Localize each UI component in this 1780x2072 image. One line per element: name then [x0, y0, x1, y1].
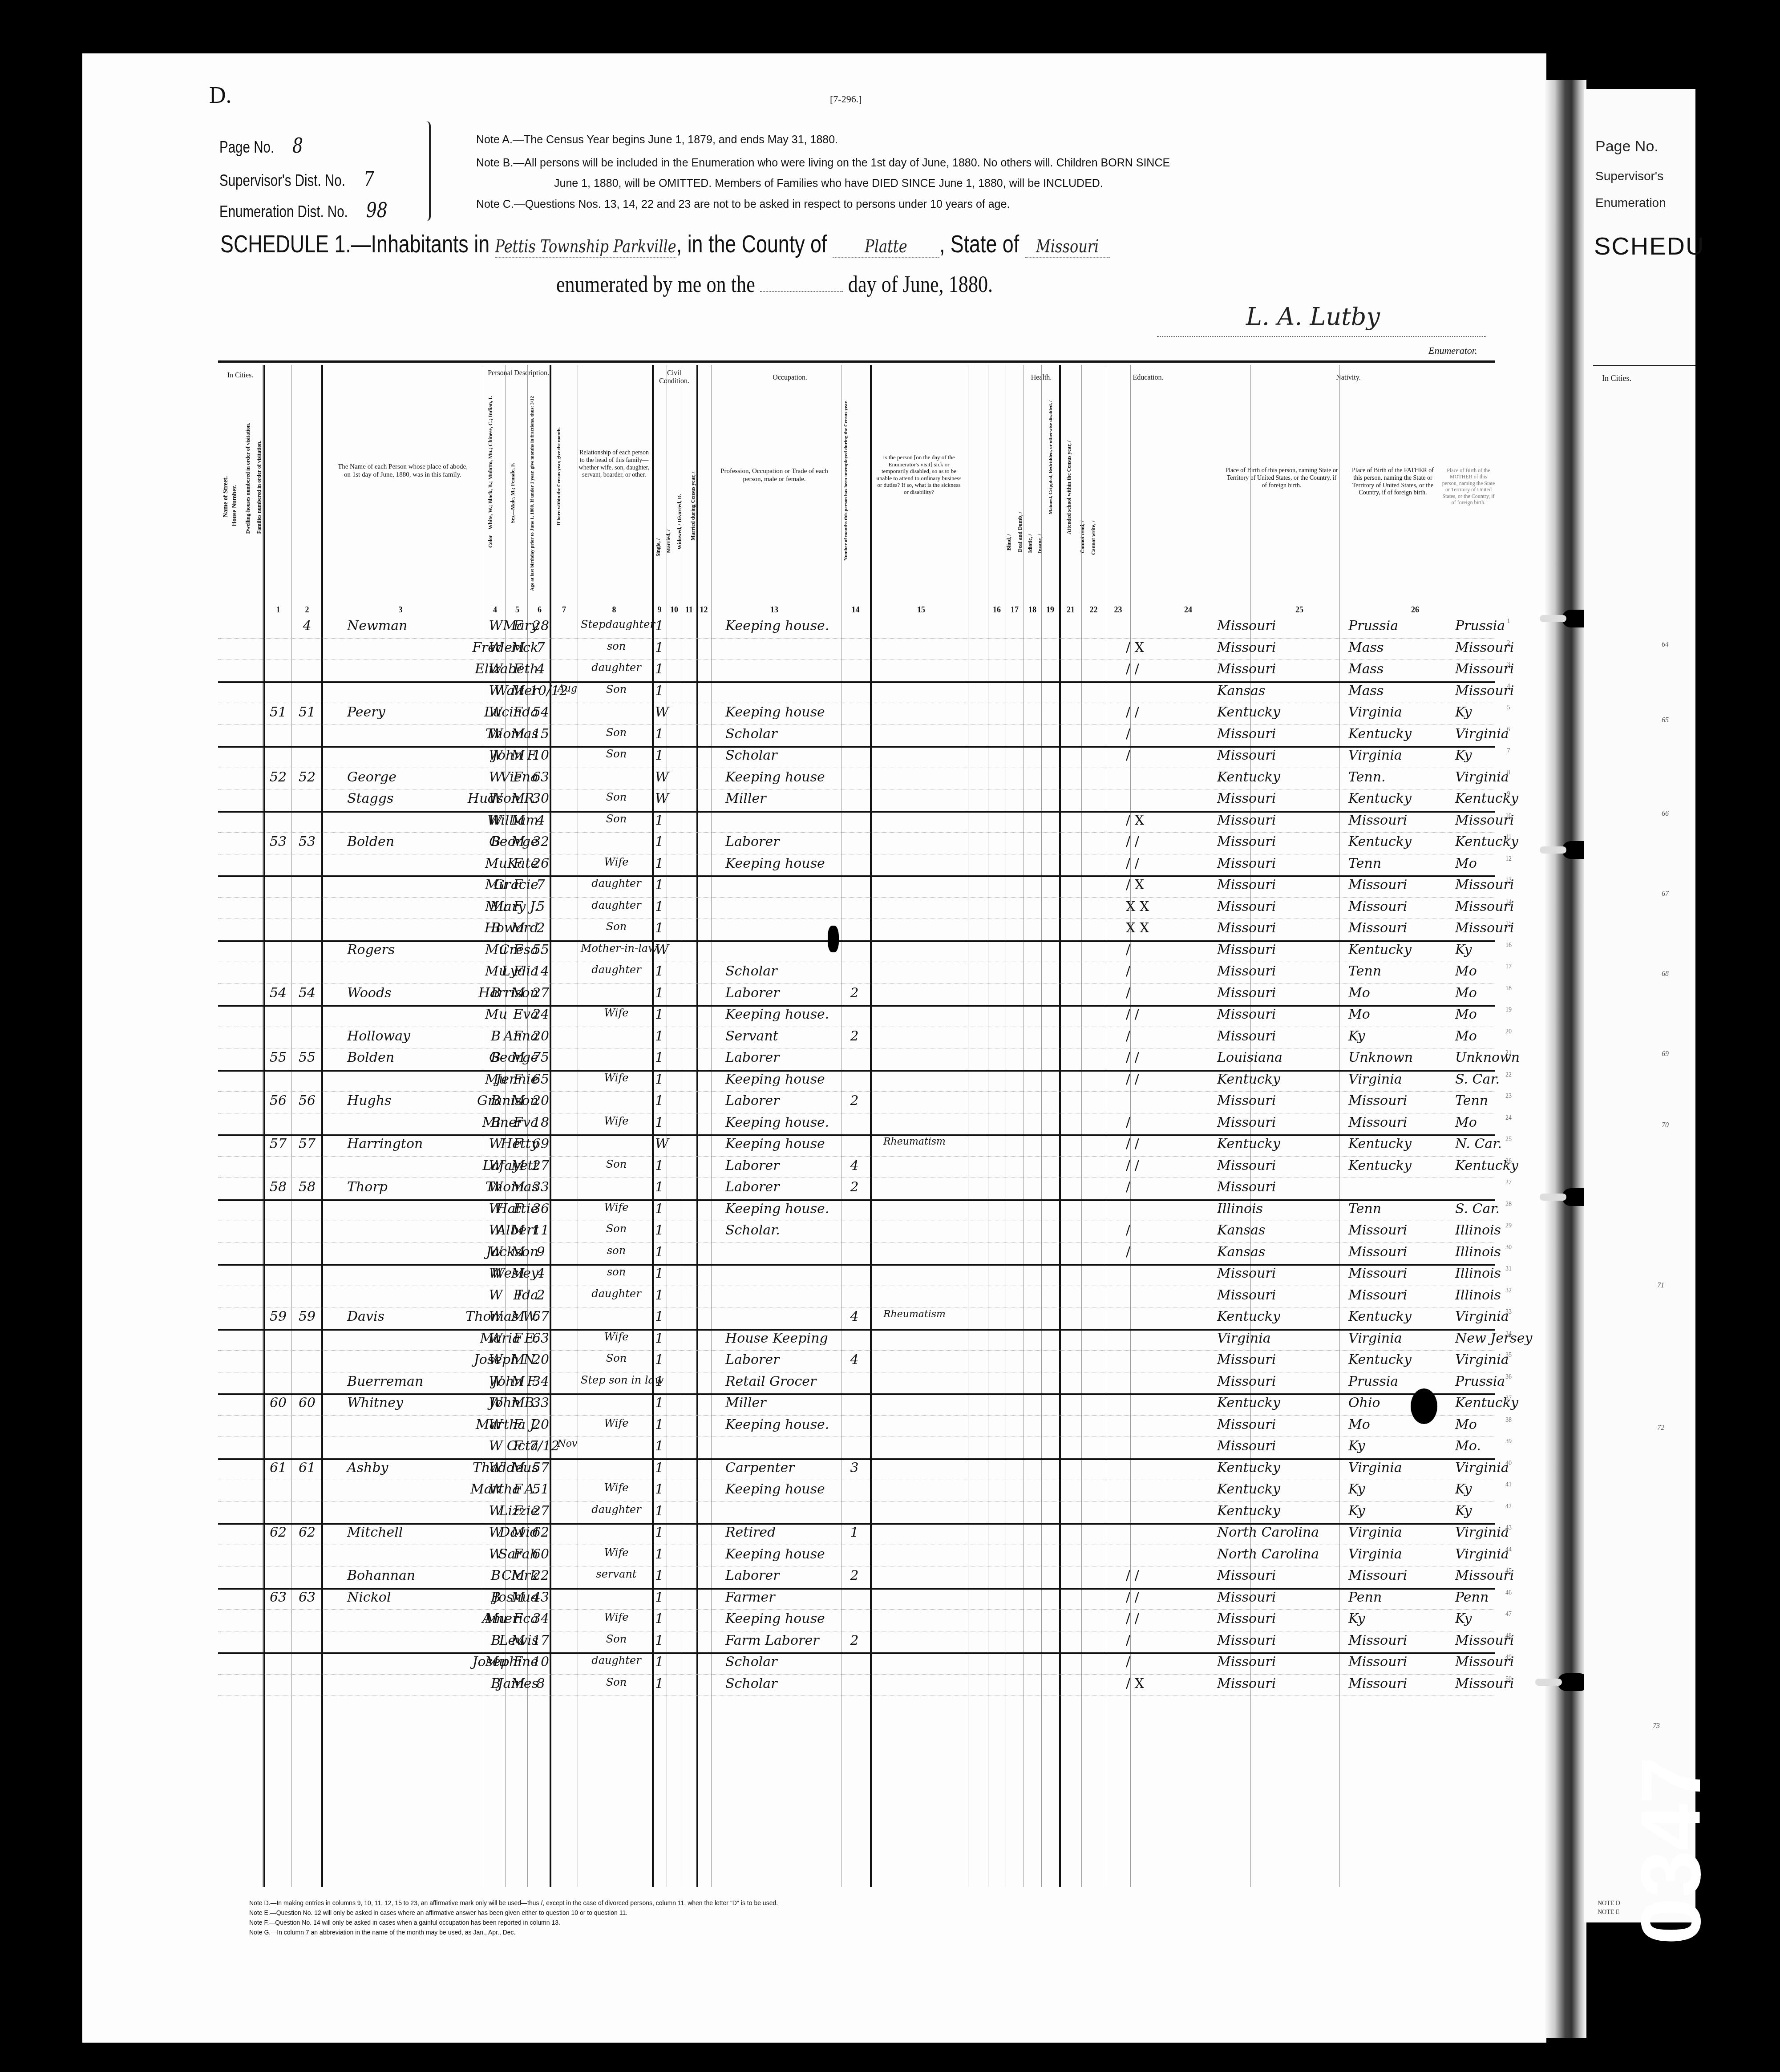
line-number: 48 — [1500, 1633, 1517, 1640]
birthplace: Kansas — [1217, 1244, 1265, 1260]
civil-condition: 1 — [655, 1287, 700, 1303]
mother-birthplace: Ky — [1455, 748, 1472, 763]
civil-condition: 1 — [655, 1222, 700, 1238]
color: B — [485, 1633, 506, 1648]
father-birthplace: Kentucky — [1348, 1158, 1412, 1174]
occupation: Laborer — [725, 1050, 780, 1065]
birthplace: Missouri — [1217, 661, 1276, 677]
birthplace: Missouri — [1217, 856, 1276, 871]
occupation: Scholar — [725, 726, 777, 742]
father-birthplace: Virginia — [1348, 1331, 1402, 1346]
birthplace: Missouri — [1217, 1568, 1276, 1583]
education-marks: / / — [1126, 1590, 1197, 1605]
sex: M — [507, 1266, 529, 1281]
table-row: HattieWF36Wife1Keeping house.IllinoisTen… — [218, 1199, 1495, 1222]
education-marks: / — [1126, 1222, 1197, 1238]
birthplace: Missouri — [1217, 1287, 1276, 1303]
father-birthplace: Missouri — [1348, 813, 1407, 828]
civil-condition: 1 — [655, 1309, 700, 1324]
sex: M — [507, 1309, 529, 1324]
occupation: Scholar — [725, 963, 777, 979]
color: W — [485, 748, 506, 763]
civil-condition: 1 — [655, 1546, 700, 1562]
relationship: Son — [581, 1676, 652, 1688]
age: 57 — [530, 1460, 552, 1476]
family-number: 61 — [294, 1460, 320, 1476]
months-unemployed: 4 — [841, 1158, 868, 1174]
table-row: 5555BoldenGeorgeBM751Laborer/ /Louisiana… — [218, 1048, 1495, 1072]
civil-condition: 1 — [655, 1676, 700, 1692]
table-row: 6161AshbyThaddeusWM571Carpenter3Kentucky… — [218, 1458, 1495, 1481]
color: W — [485, 1481, 506, 1497]
surname: Hughs — [347, 1093, 391, 1109]
mother-birthplace: New Jersey — [1455, 1331, 1532, 1346]
birthplace: Missouri — [1217, 813, 1276, 828]
header-idiotic: Idiotic, / — [1027, 534, 1034, 553]
enumeration-day-blank — [760, 291, 843, 292]
sex: F — [507, 1481, 529, 1497]
sex: F — [507, 1611, 529, 1627]
relationship: daughter — [581, 1287, 652, 1300]
birthplace: Virginia — [1217, 1331, 1271, 1346]
line-number: 20 — [1500, 1028, 1517, 1036]
father-birthplace: Kentucky — [1348, 726, 1412, 742]
age: 22 — [530, 1568, 552, 1583]
civil-condition: 1 — [655, 1654, 700, 1670]
months-unemployed: 2 — [841, 1568, 868, 1583]
form-number: [7-296.] — [830, 93, 862, 105]
table-row: WalterWM10/12AugSon1KansasMassMissouri4 — [218, 681, 1495, 704]
age: 7 — [530, 877, 552, 893]
line-number: 6 — [1500, 726, 1517, 733]
header-cannot-read: Cannot read, / — [1079, 521, 1086, 553]
color: W — [485, 1287, 506, 1303]
signature-line — [1157, 336, 1486, 337]
header-street: Name of Street. — [222, 476, 230, 518]
table-row: EvaMuF24Wife1Keeping house./ /MissouriMo… — [218, 1005, 1495, 1027]
birthplace: Missouri — [1217, 1633, 1276, 1648]
relationship: Son — [581, 813, 652, 825]
education-marks: / — [1126, 1633, 1197, 1648]
line-number: 10 — [1500, 813, 1517, 820]
age: 18 — [530, 1115, 552, 1130]
relationship: Wife — [581, 1481, 652, 1494]
sex: F — [507, 661, 529, 677]
note-f: Note F.—Question No. 14 will only be ask… — [249, 1918, 778, 1927]
education-marks: X X — [1126, 920, 1197, 936]
mother-birthplace: S. Car. — [1455, 1201, 1500, 1217]
column-number: 21 — [1060, 605, 1081, 615]
sex: F — [507, 1201, 529, 1217]
mother-birthplace: Mo — [1455, 856, 1477, 871]
education-marks: / X — [1126, 877, 1197, 893]
civil-condition: 1 — [655, 1007, 700, 1022]
adjacent-note-label: NOTE E — [1598, 1909, 1619, 1916]
sex: M — [507, 1633, 529, 1648]
margin-number: 65 — [1651, 716, 1669, 724]
table-row: JennieMuF65Wife1Keeping house/ /Kentucky… — [218, 1070, 1495, 1092]
color: W — [485, 1395, 506, 1411]
margin-number: 71 — [1646, 1282, 1664, 1290]
sex: M — [507, 920, 529, 936]
supervisor-district-label: Supervisor's Dist. No. — [219, 171, 345, 190]
line-number: 31 — [1500, 1266, 1517, 1273]
birthplace: Missouri — [1217, 1179, 1276, 1195]
table-row: RogersCresaMuF55Mother-in-lawW/MissouriK… — [218, 940, 1495, 963]
birthplace: Missouri — [1217, 1028, 1276, 1044]
civil-condition: 1 — [655, 748, 700, 763]
occupation: Laborer — [725, 1179, 780, 1195]
dwelling-number: 57 — [265, 1136, 291, 1152]
margin-number: 68 — [1651, 970, 1669, 978]
table-row: AmericaMuF34Wife1Keeping house/ /Missour… — [218, 1609, 1495, 1631]
age: 32 — [530, 834, 552, 850]
table-row: BuerremanJohn F.WM34Step son in law1Reta… — [218, 1372, 1495, 1396]
line-number: 42 — [1500, 1503, 1517, 1510]
education-marks: X X — [1126, 899, 1197, 915]
table-top-rule — [218, 360, 1495, 363]
father-birthplace: Missouri — [1348, 920, 1407, 936]
adjacent-schedule-label: SCHEDU — [1594, 231, 1704, 260]
civil-condition: 1 — [655, 726, 700, 742]
father-birthplace: Tenn. — [1348, 769, 1386, 785]
family-number: 60 — [294, 1395, 320, 1411]
state-label: , State of — [939, 230, 1019, 258]
surname: Newman — [347, 618, 407, 634]
education-marks: / X — [1126, 813, 1197, 828]
birthplace: Kentucky — [1217, 1136, 1280, 1152]
education-marks: / — [1126, 748, 1197, 763]
mother-birthplace: Prussia — [1455, 1374, 1505, 1389]
column-number: 1 — [265, 605, 291, 615]
dwelling-number: 54 — [265, 985, 291, 1001]
age: 2 — [530, 1287, 552, 1303]
sex: F — [507, 877, 529, 893]
table-row: KateMuF26Wife1Keeping house/ /MissouriTe… — [218, 854, 1495, 878]
father-birthplace: Mo — [1348, 1417, 1370, 1433]
ink-blot — [828, 926, 839, 952]
education-marks: / / — [1126, 1158, 1197, 1174]
header-family: Families numbered in order of visitation… — [256, 441, 263, 534]
adjacent-table-rule — [1593, 365, 1695, 366]
color: Mu — [485, 1654, 506, 1670]
relationship: Wife — [581, 1546, 652, 1559]
table-row: 6363NickolJoshuaBM431Farmer/ /MissouriPe… — [218, 1588, 1495, 1610]
dwelling-number: 63 — [265, 1590, 291, 1605]
color: B — [485, 1028, 506, 1044]
relationship: Wife — [581, 1007, 652, 1019]
sex: F — [507, 1028, 529, 1044]
schedule-title: SCHEDULE 1.—Inhabitants in Pettis Townsh… — [220, 229, 1110, 258]
father-birthplace: Missouri — [1348, 1654, 1407, 1670]
age: 43 — [530, 1590, 552, 1605]
civil-condition: 1 — [655, 1633, 700, 1648]
age: 2 — [530, 920, 552, 936]
header-single: Single, / — [655, 538, 662, 557]
age: 63 — [530, 1331, 552, 1346]
table-row: JacksonWM9son1/KansasMissouriIllinois30 — [218, 1242, 1495, 1266]
header-color: Color—White, W.; Black, B.; Mulatto, Mu.… — [487, 396, 494, 548]
age: 33 — [530, 1395, 552, 1411]
family-number: 57 — [294, 1136, 320, 1152]
color: W — [485, 726, 506, 742]
father-birthplace: Mass — [1348, 661, 1384, 677]
adjacent-supervisor-label: Supervisor's — [1595, 169, 1663, 183]
father-birthplace: Ky — [1348, 1028, 1365, 1044]
table-row: SarahWF60Wife1Keeping houseNorth Carolin… — [218, 1545, 1495, 1567]
father-birthplace: Mo — [1348, 1007, 1370, 1022]
line-number: 18 — [1500, 985, 1517, 992]
table-row: Joseph N.WM20Son1Laborer4MissouriKentuck… — [218, 1350, 1495, 1372]
age: 4 — [530, 1266, 552, 1281]
table-row: WesleyWM4son1MissouriMissouriIllinois31 — [218, 1264, 1495, 1286]
father-birthplace: Mass — [1348, 640, 1384, 656]
dwelling-number: 52 — [265, 769, 291, 785]
education-marks: / / — [1126, 661, 1197, 677]
column-number: 11 — [682, 605, 696, 615]
relationship: daughter — [581, 661, 652, 674]
age: 65 — [530, 1072, 552, 1087]
page-number-label: Page No. — [219, 138, 274, 156]
table-row: Mary J.MuF5daughter1X XMissouriMissouriM… — [218, 897, 1495, 919]
dwelling-number: 55 — [265, 1050, 291, 1065]
father-birthplace: Mo — [1348, 985, 1370, 1001]
age: 54 — [530, 704, 552, 720]
father-birthplace: Kentucky — [1348, 834, 1412, 850]
note-g: Note G.—In column 7 an abbreviation in t… — [249, 1927, 778, 1937]
sheet-letter: D. — [209, 82, 232, 109]
father-birthplace: Ohio — [1348, 1395, 1380, 1411]
header-maimed: Maimed, Crippled, Bedridden, or otherwis… — [1048, 401, 1053, 514]
occupation: Keeping house — [725, 769, 825, 785]
header-age: Age at last birthday prior to June 1, 18… — [530, 396, 535, 591]
birthplace: Kentucky — [1217, 1481, 1280, 1497]
civil-condition: 1 — [655, 1481, 700, 1497]
sex: F — [507, 856, 529, 871]
family-number: 52 — [294, 769, 320, 785]
age: 14 — [530, 963, 552, 979]
birthplace: Missouri — [1217, 1611, 1276, 1627]
months-unemployed: 2 — [841, 1179, 868, 1195]
line-number: 33 — [1500, 1309, 1517, 1316]
group-personal: Personal Description. — [485, 369, 552, 377]
father-birthplace: Ky — [1348, 1481, 1365, 1497]
civil-condition: 1 — [655, 877, 700, 893]
occupation: Laborer — [725, 985, 780, 1001]
father-birthplace: Virginia — [1348, 748, 1402, 763]
table-row: OctaWF7/12Nov1MissouriKyMo.39 — [218, 1437, 1495, 1460]
mother-birthplace: Mo — [1455, 985, 1477, 1001]
column-number: 12 — [696, 605, 711, 615]
age: 69 — [530, 1136, 552, 1152]
color: W — [485, 1244, 506, 1260]
relationship: daughter — [581, 877, 652, 890]
line-number: 43 — [1500, 1525, 1517, 1532]
birthplace: Missouri — [1217, 618, 1276, 634]
relationship: Wife — [581, 1611, 652, 1623]
birth-month: Aug — [554, 683, 581, 694]
sex: F — [507, 1546, 529, 1562]
months-unemployed: 2 — [841, 1633, 868, 1648]
occupation: Keeping house. — [725, 1007, 829, 1022]
relationship: Son — [581, 920, 652, 933]
civil-condition: W — [655, 791, 700, 806]
line-number: 34 — [1500, 1331, 1517, 1338]
line-number: 2 — [1500, 640, 1517, 647]
sex: M — [507, 813, 529, 828]
father-birthplace: Penn — [1348, 1590, 1382, 1605]
table-row: 5151PeeryLucindaWF54WKeeping house/ /Ken… — [218, 703, 1495, 725]
relationship: Son — [581, 726, 652, 739]
relationship: Son — [581, 1222, 652, 1235]
birthplace: Missouri — [1217, 791, 1276, 806]
table-row: 5959DavisThomas W.WM6714RheumatismKentuc… — [218, 1307, 1495, 1331]
enumeration-date-line: enumerated by me on the day of June, 188… — [556, 271, 993, 298]
age: 10 — [530, 748, 552, 763]
color: W — [485, 1201, 506, 1217]
margin-number: 69 — [1651, 1050, 1669, 1058]
education-marks: / — [1126, 963, 1197, 979]
father-birthplace: Missouri — [1348, 1633, 1407, 1648]
table-row: 5252GeorgeVienaWF63WKeeping houseKentuck… — [218, 768, 1495, 790]
education-marks: / / — [1126, 1007, 1197, 1022]
age: 27 — [530, 985, 552, 1001]
family-number: 55 — [294, 1050, 320, 1065]
family-number: 58 — [294, 1179, 320, 1195]
family-number: 54 — [294, 985, 320, 1001]
civil-condition: 1 — [655, 1266, 700, 1281]
birthplace: Missouri — [1217, 640, 1276, 656]
occupation: Farm Laborer — [725, 1633, 819, 1648]
dwelling-number: 56 — [265, 1093, 291, 1109]
civil-condition: 1 — [655, 1244, 700, 1260]
note-c: Note C.—Questions Nos. 13, 14, 22 and 23… — [476, 198, 1010, 211]
birthplace: Missouri — [1217, 942, 1276, 958]
civil-condition: 1 — [655, 1201, 700, 1217]
line-number: 45 — [1500, 1568, 1517, 1575]
adjacent-in-cities: In Cities. — [1602, 374, 1631, 383]
father-birthplace: Missouri — [1348, 1568, 1407, 1583]
sex: M — [507, 1179, 529, 1195]
civil-condition: 1 — [655, 661, 700, 677]
age: 8 — [530, 1676, 552, 1692]
enumeration-district-value: 98 — [366, 198, 388, 222]
civil-condition: 1 — [655, 1093, 700, 1109]
occupation: Farmer — [725, 1590, 775, 1605]
civil-condition: 1 — [655, 1374, 700, 1389]
mother-birthplace: Mo. — [1455, 1438, 1481, 1454]
civil-condition: 1 — [655, 1050, 700, 1065]
binding-spine — [1544, 80, 1586, 2038]
occupation: Laborer — [725, 1568, 780, 1583]
family-number: 59 — [294, 1309, 320, 1324]
father-birthplace: Ky — [1348, 1611, 1365, 1627]
header-mother-birthplace: Place of Birth of the MOTHER of this per… — [1442, 467, 1495, 506]
sex: M — [507, 748, 529, 763]
surname: Ashby — [347, 1460, 388, 1476]
line-number: 23 — [1500, 1093, 1517, 1100]
occupation: Retail Grocer — [725, 1374, 816, 1389]
father-birthplace: Virginia — [1348, 1546, 1402, 1562]
place-value: Pettis Township Parkville — [495, 236, 676, 258]
occupation: Scholar. — [725, 1222, 780, 1238]
education-marks: / / — [1126, 856, 1197, 871]
civil-condition: 1 — [655, 1503, 700, 1519]
microfilm-frame-stamp: 0347 — [1629, 1589, 1709, 1945]
civil-condition: W — [655, 769, 700, 785]
relationship: servant — [581, 1568, 652, 1580]
birthplace: Missouri — [1217, 1654, 1276, 1670]
header-occupation: Profession, Occupation or Trade of each … — [716, 467, 832, 483]
civil-condition: W — [655, 942, 700, 958]
line-number: 4 — [1500, 683, 1517, 690]
surname: George — [347, 769, 396, 785]
relationship: Son — [581, 748, 652, 760]
sex: M — [507, 834, 529, 850]
education-marks: / — [1126, 1244, 1197, 1260]
civil-condition: 1 — [655, 1590, 700, 1605]
line-number: 22 — [1500, 1072, 1517, 1079]
line-number: 1 — [1500, 618, 1517, 625]
father-birthplace: Ky — [1348, 1438, 1365, 1454]
birthplace: Kentucky — [1217, 769, 1280, 785]
header-deaf-dumb: Deaf and Dumb, / — [1017, 512, 1023, 552]
color: W — [485, 1309, 506, 1324]
table-row: 5757HarringtonHettyWF69WKeeping houseRhe… — [218, 1134, 1495, 1157]
family-number: 51 — [294, 704, 320, 720]
relationship: Wife — [581, 1417, 652, 1429]
line-number: 15 — [1500, 920, 1517, 927]
birthplace: Missouri — [1217, 1590, 1276, 1605]
table-row: 4NewmanMaryWF28Stepdaughter1Keeping hous… — [218, 616, 1495, 639]
sex: M — [507, 1050, 529, 1065]
relationship: Step son in law — [581, 1374, 652, 1386]
group-in-cities: In Cities. — [218, 372, 263, 380]
table-row: IdaWF2daughter1MissouriMissouriIllinois3… — [218, 1286, 1495, 1308]
civil-condition: 1 — [655, 899, 700, 915]
birthplace: Louisiana — [1217, 1050, 1282, 1065]
table-row: 5353BoldenGeorgeBM321Laborer/ /MissouriK… — [218, 832, 1495, 854]
occupation: Retired — [725, 1525, 776, 1540]
color: W — [485, 1179, 506, 1195]
father-birthplace: Missouri — [1348, 1115, 1407, 1130]
sex: M — [507, 1525, 529, 1540]
mother-birthplace: Illinois — [1455, 1244, 1501, 1260]
header-father-birthplace: Place of Birth of the FATHER of this per… — [1348, 467, 1437, 497]
dwelling-number: 53 — [265, 834, 291, 850]
color: B — [485, 985, 506, 1001]
age: 20 — [530, 1093, 552, 1109]
age: 4 — [530, 813, 552, 828]
father-birthplace: Mass — [1348, 683, 1384, 699]
father-birthplace: Missouri — [1348, 1266, 1407, 1281]
father-birthplace: Tenn — [1348, 1201, 1381, 1217]
father-birthplace: Prussia — [1348, 618, 1398, 634]
birthplace: Missouri — [1217, 1374, 1276, 1389]
group-nativity: Nativity. — [1259, 374, 1437, 382]
birthplace: North Carolina — [1217, 1546, 1319, 1562]
line-number: 44 — [1500, 1546, 1517, 1554]
column-number: 16 — [988, 605, 1006, 615]
age: 24 — [530, 1007, 552, 1022]
sex: F — [507, 704, 529, 720]
age: 33 — [530, 1179, 552, 1195]
relationship: Son — [581, 1633, 652, 1645]
civil-condition: 1 — [655, 1179, 700, 1195]
line-number: 32 — [1500, 1287, 1517, 1295]
column-number: 17 — [1006, 605, 1023, 615]
age: 63 — [530, 769, 552, 785]
